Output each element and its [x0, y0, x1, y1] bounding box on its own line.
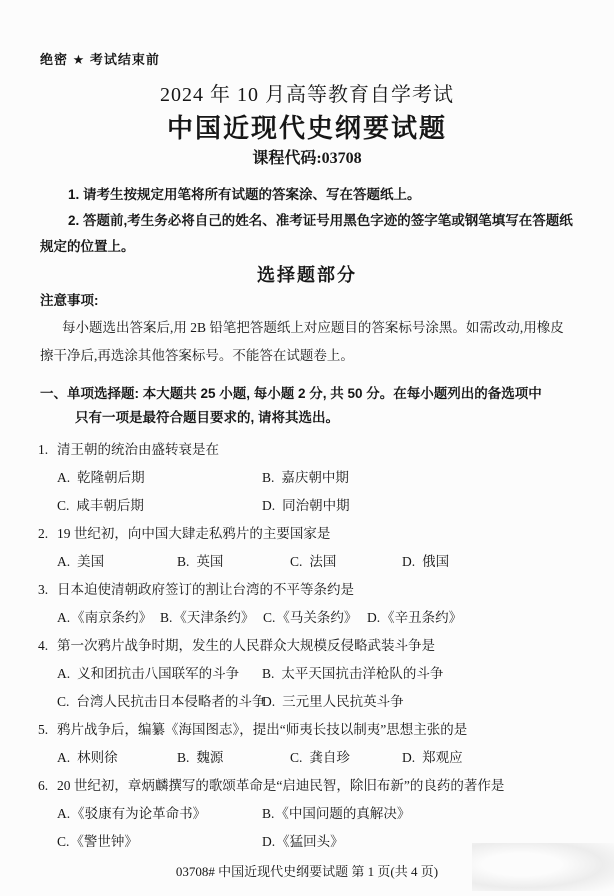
question-number: 3.: [38, 576, 57, 604]
option-c: C.《马关条约》: [263, 604, 367, 632]
option-text: 同治朝中期: [282, 498, 350, 513]
question-4-stem: 4. 第一次鸦片战争时期，发生的人民群众大规模反侵略武装斗争是: [38, 632, 578, 660]
instruction-item-2: 2. 答题前,考生务必将自己的姓名、准考证号用黑色字迹的签字笔或钢笔填写在答题纸…: [40, 208, 576, 260]
option-text: 俄国: [422, 554, 449, 569]
question-2-options: A.美国 B.英国 C.法国 D.俄国: [38, 548, 578, 576]
option-text: 《马关条约》: [276, 610, 357, 625]
option-text: 魏源: [196, 750, 223, 765]
question-3-stem: 3. 日本迫使清朝政府签订的割让台湾的不平等条约是: [38, 576, 578, 604]
option-a: A.《南京条约》: [57, 604, 160, 632]
option-text: 郑观应: [422, 750, 463, 765]
option-text: 乾隆朝后期: [77, 470, 145, 485]
option-a: A.乾隆朝后期: [57, 464, 262, 492]
option-a: A.美国: [57, 548, 177, 576]
option-b: B.魏源: [177, 744, 290, 772]
question-3-options: A.《南京条约》 B.《天津条约》 C.《马关条约》 D.《辛丑条约》: [38, 604, 578, 632]
option-text: 英国: [196, 554, 223, 569]
option-c: C.龚自珍: [290, 744, 402, 772]
option-text: 咸丰朝后期: [76, 498, 144, 513]
question-number: 1.: [38, 436, 57, 464]
option-text: 义和团抗击八国联军的斗争: [77, 666, 239, 681]
option-c: C.法国: [290, 548, 402, 576]
instruction-item-1: 1. 请考生按规定用笔将所有试题的答案涂、写在答题纸上。: [40, 182, 576, 208]
option-b: B.太平天国抗击洋枪队的斗争: [262, 660, 578, 688]
page-footer: 03708# 中国近现代史纲要试题 第 1 页(共 4 页): [0, 863, 614, 881]
question-4: 4. 第一次鸦片战争时期，发生的人民群众大规模反侵略武装斗争是 A.义和团抗击八…: [38, 632, 578, 716]
question-text: 19 世纪初，向中国大肆走私鸦片的主要国家是: [57, 520, 578, 548]
question-text: 第一次鸦片战争时期，发生的人民群众大规模反侵略武装斗争是: [57, 632, 578, 660]
option-text: 《南京条约》: [71, 610, 152, 625]
option-a: A.林则徐: [57, 744, 177, 772]
option-text: 法国: [309, 554, 336, 569]
option-d: D.《猛回头》: [262, 828, 578, 856]
question-6: 6. 20 世纪初，章炳麟撰写的歌颂革命是“启迪民智，除旧布新”的良药的著作是 …: [38, 772, 578, 856]
option-c: C.《警世钟》: [57, 828, 262, 856]
option-d: D.同治朝中期: [262, 492, 578, 520]
part-one-heading: 一、单项选择题: 本大题共 25 小题, 每小题 2 分, 共 50 分。在每小…: [40, 382, 576, 430]
classification-banner: 绝密 ★ 考试结束前: [40, 52, 614, 68]
option-text: 《猛回头》: [276, 834, 344, 849]
paper-title: 中国近现代史纲要试题: [0, 110, 614, 146]
question-1-options: A.乾隆朝后期 B.嘉庆朝中期 C.咸丰朝后期 D.同治朝中期: [38, 464, 578, 520]
option-b: B.嘉庆朝中期: [262, 464, 578, 492]
option-d: D.《辛丑条约》: [367, 604, 578, 632]
question-text: 20 世纪初，章炳麟撰写的歌颂革命是“启迪民智，除旧布新”的良药的著作是: [57, 772, 578, 800]
question-text: 清王朝的统治由盛转衰是在: [57, 436, 578, 464]
question-1-stem: 1. 清王朝的统治由盛转衰是在: [38, 436, 578, 464]
option-text: 《中国问题的真解决》: [275, 806, 410, 821]
notes-heading: 注意事项:: [40, 288, 574, 314]
option-c: C.台湾人民抗击日本侵略者的斗争: [57, 688, 262, 716]
option-text: 《辛丑条约》: [381, 610, 462, 625]
option-text: 三元里人民抗英斗争: [282, 694, 404, 709]
exam-paper-page: 绝密 ★ 考试结束前 2024 年 10 月高等教育自学考试 中国近现代史纲要试…: [0, 0, 614, 896]
option-a: A.《驳康有为论革命书》: [57, 800, 262, 828]
question-number: 5.: [38, 716, 57, 744]
question-6-options: A.《驳康有为论革命书》 B.《中国问题的真解决》 C.《警世钟》 D.《猛回头…: [38, 800, 578, 856]
option-d: D.三元里人民抗英斗争: [262, 688, 578, 716]
option-text: 《驳康有为论革命书》: [71, 806, 206, 821]
option-text: 龚自珍: [309, 750, 350, 765]
option-b: B.《天津条约》: [160, 604, 263, 632]
option-text: 嘉庆朝中期: [281, 470, 349, 485]
option-text: 《天津条约》: [173, 610, 254, 625]
question-number: 6.: [38, 772, 57, 800]
question-5: 5. 鸦片战争后，编纂《海国图志》，提出“师夷长技以制夷”思想主张的是 A.林则…: [38, 716, 578, 772]
question-list: 1. 清王朝的统治由盛转衰是在 A.乾隆朝后期 B.嘉庆朝中期 C.咸丰朝后期 …: [38, 436, 578, 856]
question-number: 4.: [38, 632, 57, 660]
notes-body: 每小题选出答案后,用 2B 铅笔把答题纸上对应题目的答案标号涂黑。如需改动,用橡…: [40, 314, 576, 370]
question-5-options: A.林则徐 B.魏源 C.龚自珍 D.郑观应: [38, 744, 578, 772]
question-number: 2.: [38, 520, 57, 548]
question-2-stem: 2. 19 世纪初，向中国大肆走私鸦片的主要国家是: [38, 520, 578, 548]
section-title: 选择题部分: [0, 262, 614, 288]
option-text: 《警世钟》: [70, 834, 138, 849]
question-text: 鸦片战争后，编纂《海国图志》，提出“师夷长技以制夷”思想主张的是: [57, 716, 578, 744]
option-b: B.英国: [177, 548, 290, 576]
option-text: 美国: [77, 554, 104, 569]
general-instructions: 1. 请考生按规定用笔将所有试题的答案涂、写在答题纸上。 2. 答题前,考生务必…: [40, 182, 576, 260]
option-text: 太平天国抗击洋枪队的斗争: [281, 666, 443, 681]
option-b: B.《中国问题的真解决》: [262, 800, 578, 828]
question-6-stem: 6. 20 世纪初，章炳麟撰写的歌颂革命是“启迪民智，除旧布新”的良药的著作是: [38, 772, 578, 800]
option-a: A.义和团抗击八国联军的斗争: [57, 660, 262, 688]
question-3: 3. 日本迫使清朝政府签订的割让台湾的不平等条约是 A.《南京条约》 B.《天津…: [38, 576, 578, 632]
question-5-stem: 5. 鸦片战争后，编纂《海国图志》，提出“师夷长技以制夷”思想主张的是: [38, 716, 578, 744]
option-text: 台湾人民抗击日本侵略者的斗争: [76, 694, 265, 709]
option-c: C.咸丰朝后期: [57, 492, 262, 520]
question-4-options: A.义和团抗击八国联军的斗争 B.太平天国抗击洋枪队的斗争 C.台湾人民抗击日本…: [38, 660, 578, 716]
question-2: 2. 19 世纪初，向中国大肆走私鸦片的主要国家是 A.美国 B.英国 C.法国…: [38, 520, 578, 576]
option-d: D.郑观应: [402, 744, 578, 772]
option-text: 林则徐: [77, 750, 118, 765]
course-code: 课程代码:03708: [0, 148, 614, 170]
question-text: 日本迫使清朝政府签订的割让台湾的不平等条约是: [57, 576, 578, 604]
exam-session-title: 2024 年 10 月高等教育自学考试: [0, 82, 614, 108]
option-d: D.俄国: [402, 548, 578, 576]
question-1: 1. 清王朝的统治由盛转衰是在 A.乾隆朝后期 B.嘉庆朝中期 C.咸丰朝后期 …: [38, 436, 578, 520]
